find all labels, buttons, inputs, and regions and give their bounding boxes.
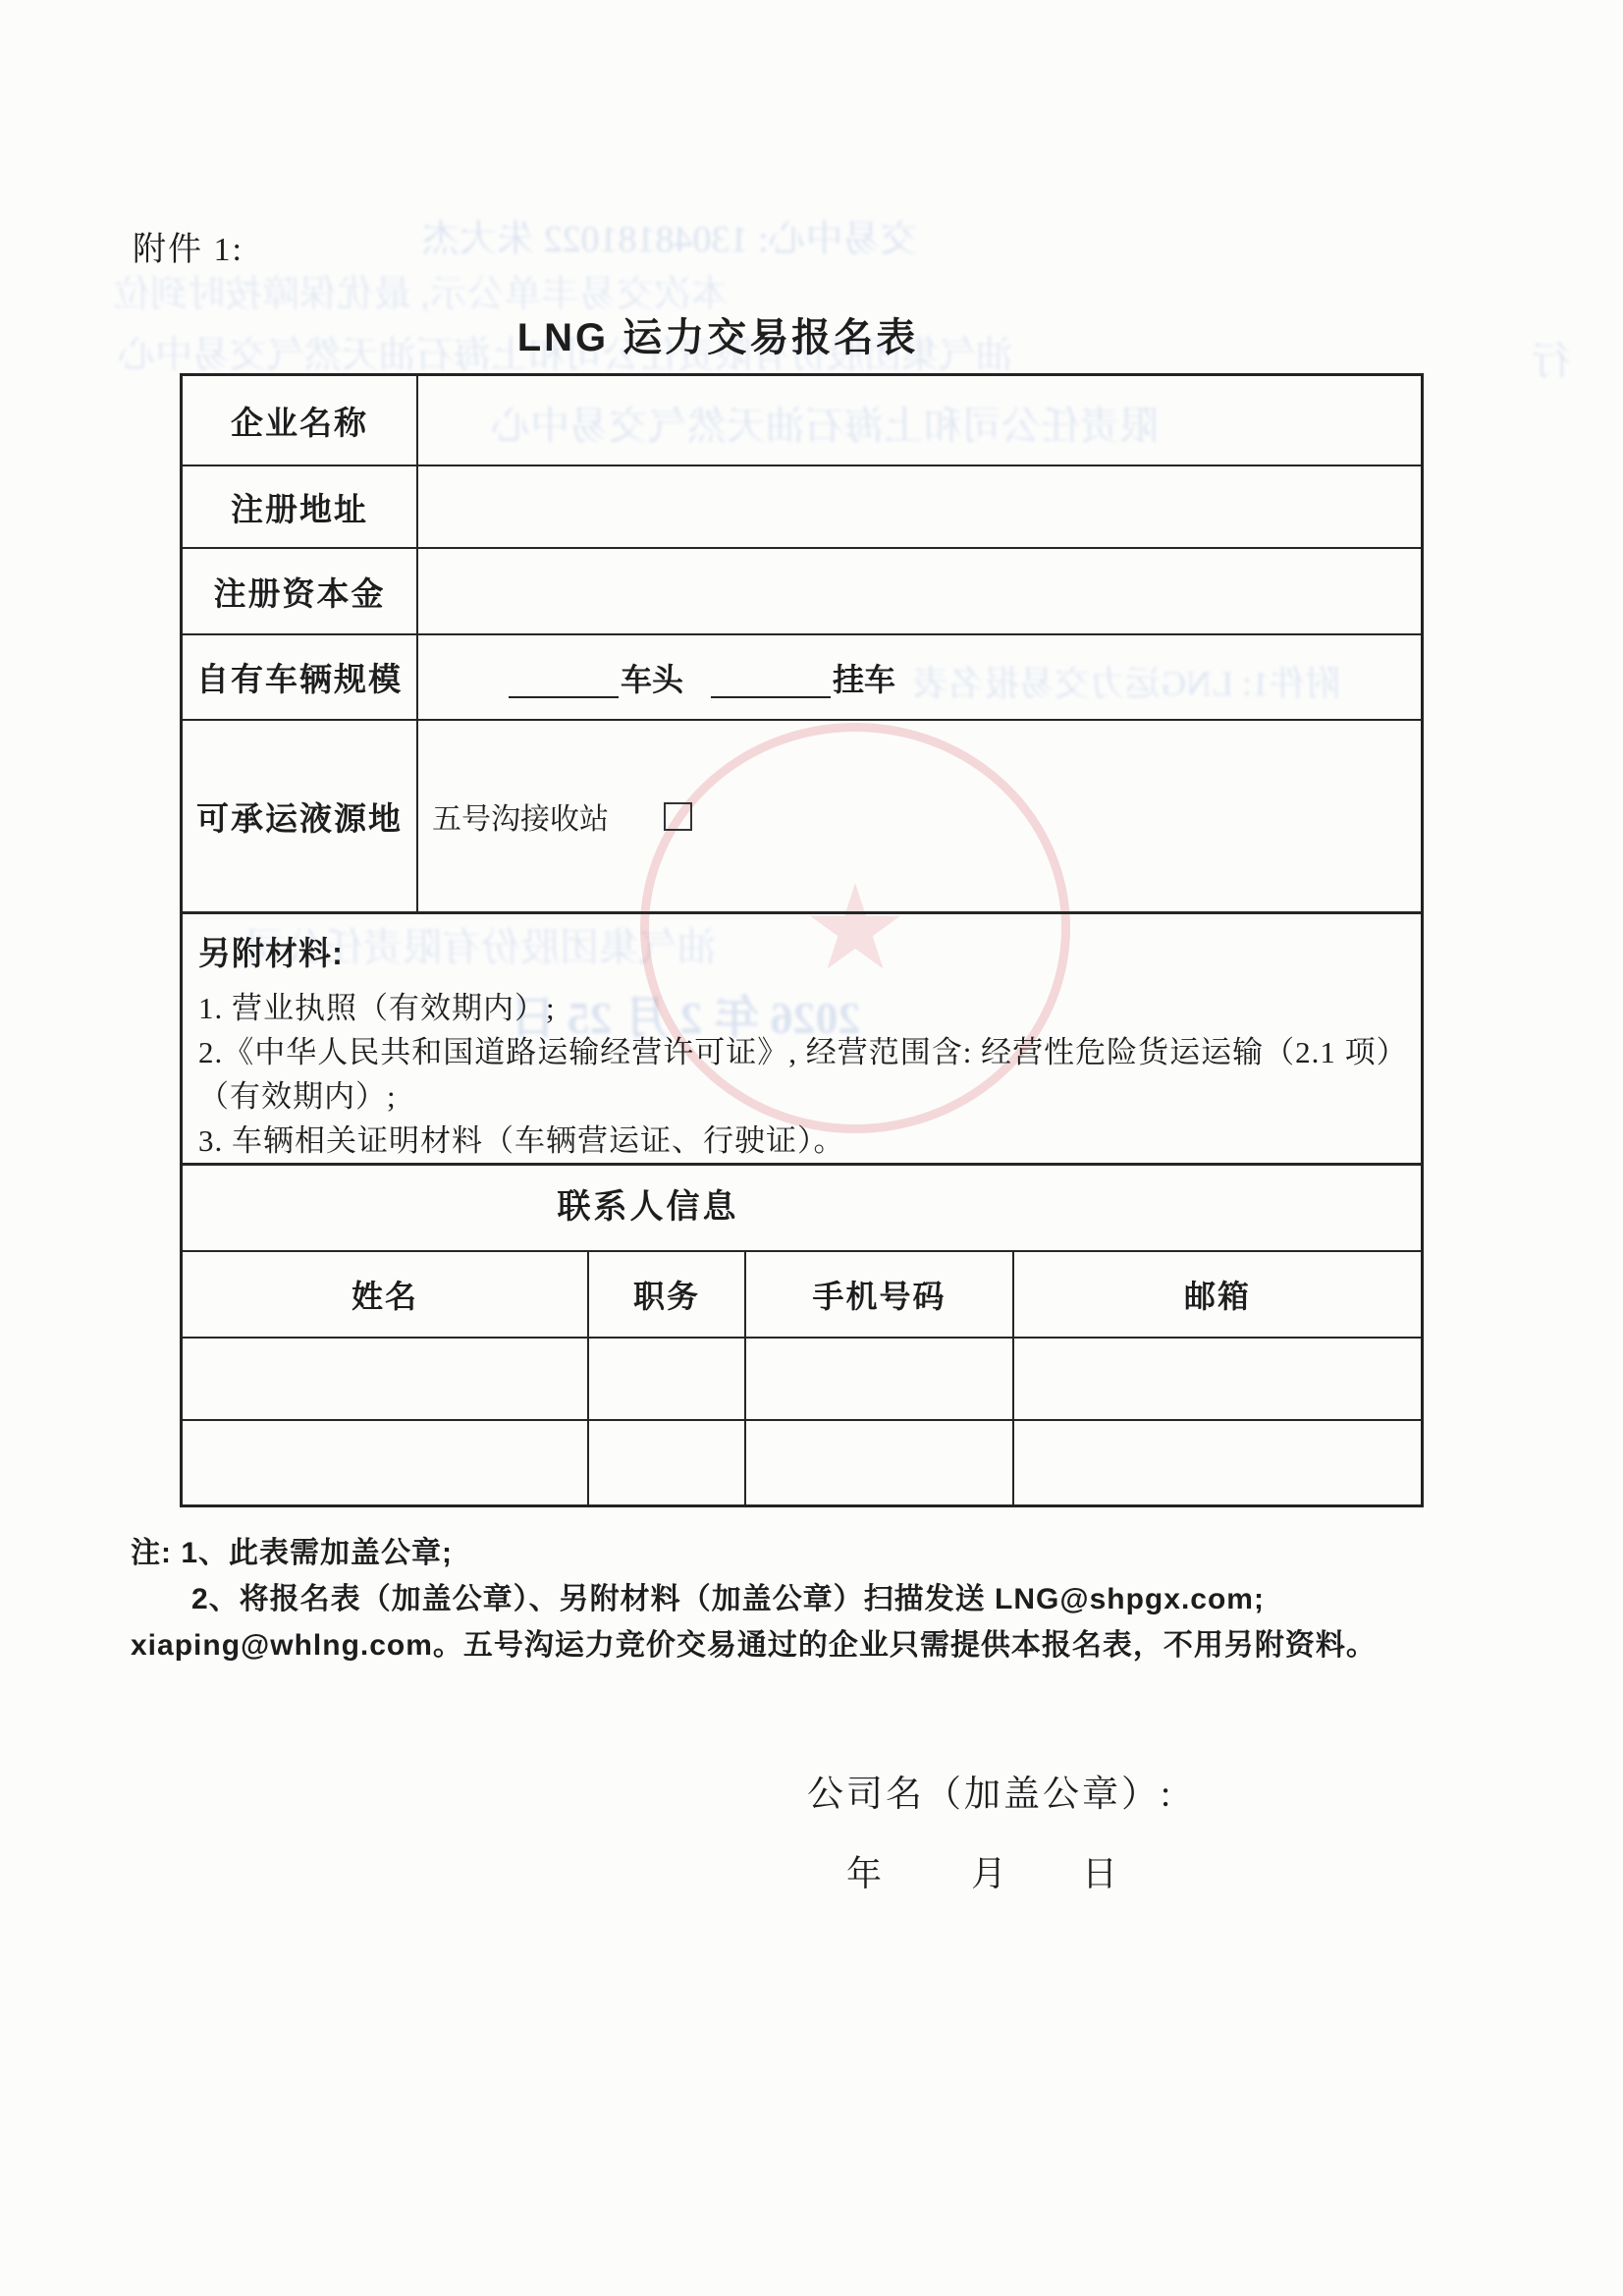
month-label: 月: [971, 1854, 1006, 1893]
attachments-heading: 另附材料:: [198, 928, 1403, 974]
attachment-item: 2.《中华人民共和国道路运输经营许可证》, 经营范围含: 经营性危险货运运输（2…: [198, 1030, 1403, 1119]
contact-empty-row: [183, 1337, 1421, 1419]
contact-col-name: 姓名: [183, 1252, 589, 1337]
date-line: 年 月 日: [846, 1846, 1117, 1896]
table-row-registered-address: 注册地址: [183, 465, 1421, 547]
row-label: 注册资本金: [183, 549, 418, 633]
attachments-section: 另附材料: 1. 营业执照（有效期内）; 2.《中华人民共和国道路运输经营许可证…: [183, 911, 1421, 1163]
contact-empty-cell: [1014, 1339, 1421, 1419]
contact-col-email: 邮箱: [1014, 1252, 1421, 1337]
contact-empty-cell: [746, 1421, 1014, 1504]
contact-info-heading: 联系人信息: [183, 1166, 1113, 1248]
contact-empty-cell: [746, 1339, 1014, 1419]
row-value: [418, 466, 1421, 547]
contact-empty-cell: [589, 1339, 746, 1419]
attachment-item: 1. 营业执照（有效期内）;: [198, 986, 1403, 1030]
row-label: 自有车辆规模: [183, 635, 418, 719]
note-line-2: 2、将报名表（加盖公章）、另附材料（加盖公章）扫描发送 LNG@shpgx.co…: [131, 1576, 1525, 1622]
row-value: [418, 376, 1421, 465]
contact-header-row: 姓名 职务 手机号码 邮箱: [183, 1250, 1421, 1337]
contact-info-heading-row: 联系人信息: [183, 1163, 1421, 1250]
attachment-label: 附件 1:: [133, 222, 243, 270]
row-value: [418, 549, 1421, 633]
footnotes: 注: 1、此表需加盖公章; 2、将报名表（加盖公章）、另附材料（加盖公章）扫描发…: [131, 1530, 1525, 1668]
tractor-blank-line: [509, 657, 619, 698]
row-label: 注册地址: [183, 466, 418, 547]
contact-col-phone: 手机号码: [746, 1252, 1014, 1337]
table-row-company-name: 企业名称: [183, 376, 1421, 465]
contact-col-position: 职务: [589, 1252, 746, 1337]
row-value: 五号沟接收站: [418, 721, 1421, 911]
note-line-1: 注: 1、此表需加盖公章;: [131, 1530, 1525, 1576]
contact-empty-cell: [1014, 1421, 1421, 1504]
company-signature-label: 公司名（加盖公章）:: [807, 1764, 1173, 1817]
row-label: 企业名称: [183, 376, 418, 465]
table-row-liquid-source: 可承运液源地 五号沟接收站: [183, 719, 1421, 911]
contact-empty-cell: [183, 1421, 589, 1504]
bleedthrough-text: 交易中心: 13048181022 朱大杰: [422, 208, 918, 262]
trailer-unit-label: 挂车: [833, 655, 895, 700]
tractor-unit-label: 车头: [621, 655, 683, 700]
liquid-source-option-label: 五号沟接收站: [432, 794, 609, 838]
contact-empty-cell: [589, 1421, 746, 1504]
note-line-3: xiaping@whlng.com。五号沟运力竞价交易通过的企业只需提供本报名表…: [131, 1622, 1525, 1668]
trailer-blank-line: [711, 657, 831, 698]
row-label: 可承运液源地: [183, 721, 418, 911]
page-title: LNG 运力交易报名表: [0, 306, 1435, 362]
table-row-registered-capital: 注册资本金: [183, 547, 1421, 633]
contact-empty-cell: [183, 1339, 589, 1419]
document-page: 交易中心: 13048181022 朱大杰 本次交易丰单公示, 最优保障按时到位…: [0, 0, 1623, 2296]
contact-empty-row: [183, 1419, 1421, 1504]
day-label: 日: [1082, 1854, 1117, 1893]
table-row-fleet-size: 自有车辆规模 车头 挂车: [183, 633, 1421, 719]
bleedthrough-text: 行: [1532, 330, 1571, 386]
registration-table: 企业名称 注册地址 注册资本金 自有车辆规模 车头 挂车 可承运液源地 五号沟接…: [180, 373, 1424, 1507]
attachment-item: 3. 车辆相关证明材料（车辆营运证、行驶证）。: [198, 1119, 1403, 1163]
row-value: 车头 挂车: [418, 635, 1421, 719]
liquid-source-checkbox: [664, 802, 692, 831]
year-label: 年: [846, 1854, 882, 1893]
